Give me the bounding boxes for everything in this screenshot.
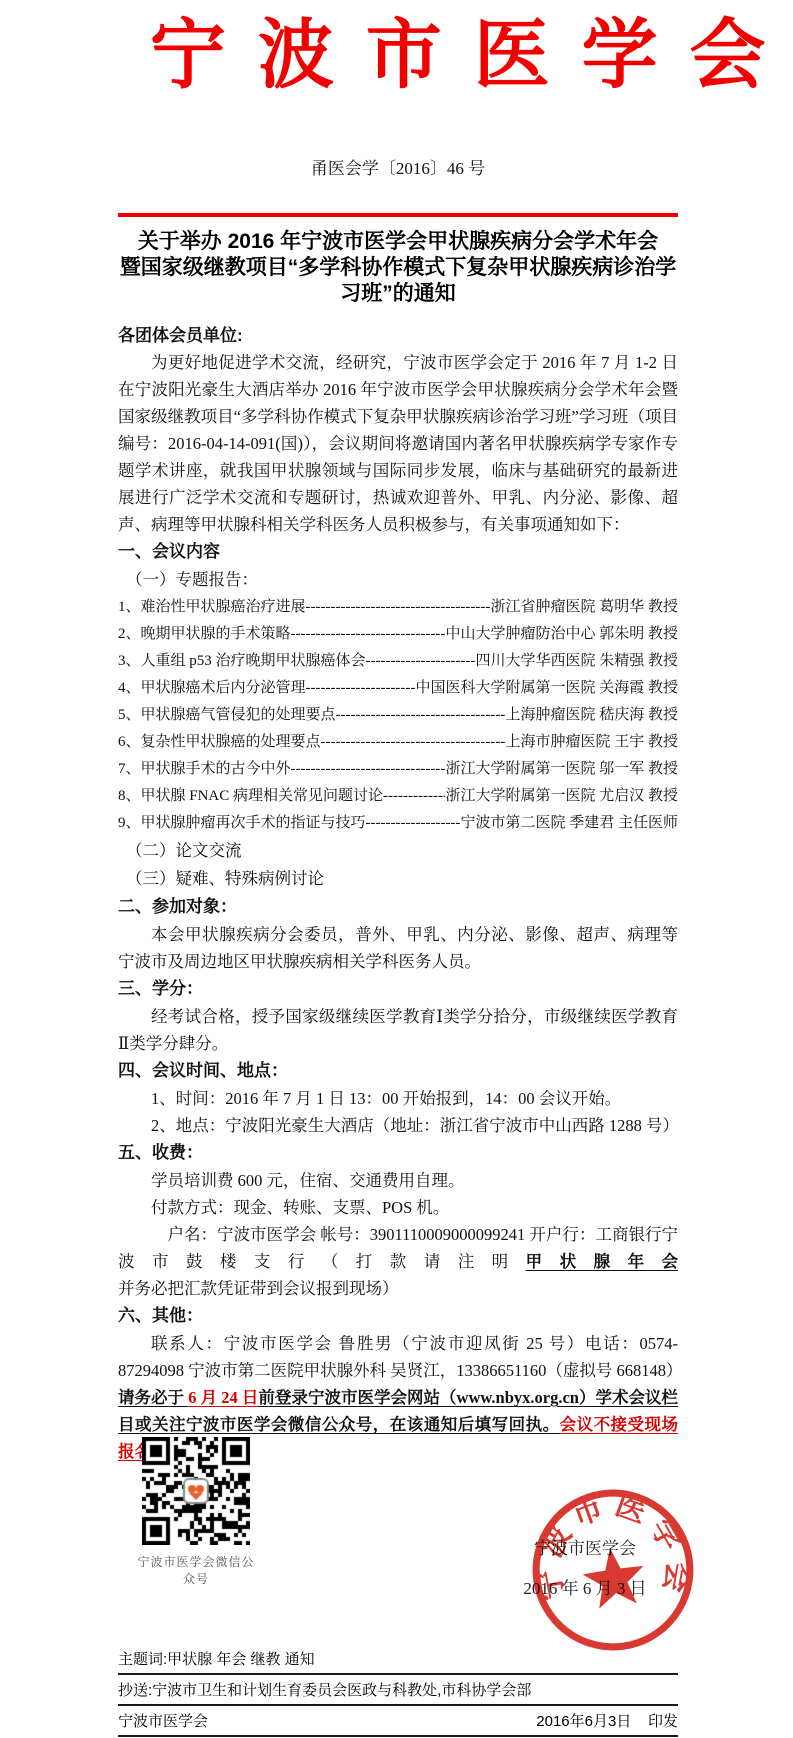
leader-dashes: ----------------------------------------… bbox=[306, 594, 491, 621]
section-6-heading: 六、其他： bbox=[118, 1302, 678, 1330]
report-topic: 9、甲状腺肿瘤再次手术的指证与技巧 bbox=[118, 810, 366, 837]
qr-caption: 宁波市医学会微信公众号 bbox=[136, 1553, 256, 1587]
footer-issuer: 宁波市医学会 bbox=[118, 1708, 208, 1735]
notice-title-line-3: 习班”的通知 bbox=[118, 281, 678, 307]
document-footer: 主题词:甲状腺 年会 继教 通知 抄送:宁波市卫生和计划生育委员会医政与科教处,… bbox=[118, 1646, 678, 1738]
report-item: 8、甲状腺 FNAC 病理相关常见问题讨论-------------------… bbox=[118, 783, 678, 810]
document-content: 宁波市医学会 甬医会学〔2016〕46 号 关于举办 2016 年宁波市医学会甲… bbox=[118, 0, 678, 1465]
leader-dashes: ----------------------------------------… bbox=[366, 648, 476, 675]
report-topic: 5、甲状腺癌气管侵犯的处理要点 bbox=[118, 702, 336, 729]
report-item: 2、晚期甲状腺的手术策略----------------------------… bbox=[118, 621, 678, 648]
section-2-body: 本会甲状腺疾病分会委员，普外、甲乳、内分泌、影像、超声、病理等宁波市及周边地区甲… bbox=[118, 921, 678, 975]
text-segment: 请务必于 bbox=[118, 1388, 188, 1407]
qr-code bbox=[142, 1437, 250, 1545]
report-item: 1、难治性甲状腺癌治疗进展---------------------------… bbox=[118, 594, 678, 621]
report-list: 1、难治性甲状腺癌治疗进展---------------------------… bbox=[118, 594, 678, 837]
org-header-title: 宁波市医学会 bbox=[118, 14, 678, 99]
section-1-sub-1: （一）专题报告： bbox=[118, 566, 678, 594]
report-topic: 3、人重组 p53 治疗晚期甲状腺癌体会 bbox=[118, 648, 366, 675]
section-1-sub-2: （二）论文交流 bbox=[118, 837, 678, 865]
leader-dashes: ----------------------------------------… bbox=[336, 702, 506, 729]
report-topic: 4、甲状腺癌术后内分泌管理 bbox=[118, 675, 306, 702]
signature-date: 2016 年 6 月 3 日 bbox=[470, 1574, 700, 1599]
section-4-item-place: 2、地点：宁波阳光豪生大酒店（地址：浙江省宁波市中山西路 1288 号） bbox=[118, 1112, 678, 1139]
section-5-heading: 五、收费： bbox=[118, 1139, 678, 1167]
section-4-item-time: 1、时间：2016 年 7 月 1 日 13：00 开始报到，14：00 会议开… bbox=[118, 1085, 678, 1112]
section-1-heading: 一、会议内容 bbox=[118, 538, 678, 566]
report-topic: 6、复杂性甲状腺癌的处理要点 bbox=[118, 729, 321, 756]
text-segment: 并务必把汇款凭证带到会议报到现场） bbox=[118, 1279, 399, 1298]
official-seal: 宁波市医学会 bbox=[527, 1484, 699, 1656]
footer-cc: 抄送:宁波市卫生和计划生育委员会医政与科教处,市科协学会部 bbox=[118, 1677, 531, 1704]
qr-block: 宁波市医学会微信公众号 bbox=[142, 1437, 252, 1587]
leader-dashes: ----------------------------------------… bbox=[366, 810, 461, 837]
report-item: 5、甲状腺癌气管侵犯的处理要点-------------------------… bbox=[118, 702, 678, 729]
footer-keywords-row: 主题词:甲状腺 年会 继教 通知 bbox=[118, 1646, 678, 1675]
report-item: 7、甲状腺手术的古今中外----------------------------… bbox=[118, 756, 678, 783]
leader-dashes: ----------------------------------------… bbox=[321, 729, 506, 756]
report-topic: 2、晚期甲状腺的手术策略 bbox=[118, 621, 291, 648]
footer-issue-row: 宁波市医学会 2016年6月3日 印发 bbox=[118, 1708, 678, 1737]
section-1-sub-3: （三）疑难、特殊病例讨论 bbox=[118, 865, 678, 893]
intro-paragraph: 为更好地促进学术交流，经研究，宁波市医学会定于 2016 年 7 月 1-2 日… bbox=[118, 349, 678, 538]
document-page: 宁波市医学会 甬医会学〔2016〕46 号 关于举办 2016 年宁波市医学会甲… bbox=[0, 0, 793, 1738]
report-topic: 1、难治性甲状腺癌治疗进展 bbox=[118, 594, 306, 621]
signature-org: 宁波市医学会 bbox=[470, 1534, 700, 1559]
seal-ring bbox=[527, 1484, 699, 1656]
doc-number: 甬医会学〔2016〕46 号 bbox=[118, 157, 678, 181]
notice-title-line-1: 关于举办 2016 年宁波市医学会甲状腺疾病分会学术年会 bbox=[118, 229, 678, 255]
report-item: 3、人重组 p53 治疗晚期甲状腺癌体会--------------------… bbox=[118, 648, 678, 675]
report-item: 9、甲状腺肿瘤再次手术的指证与技巧-----------------------… bbox=[118, 810, 678, 837]
footer-cc-row: 抄送:宁波市卫生和计划生育委员会医政与科教处,市科协学会部 bbox=[118, 1677, 678, 1706]
report-speaker: 上海市肿瘤医院 王宇 教授 bbox=[505, 729, 678, 756]
section-3-heading: 三、学分： bbox=[118, 975, 678, 1003]
notice-title-line-2: 暨国家级继教项目“多学科协作模式下复杂甲状腺疾病诊治学 bbox=[118, 255, 678, 281]
section-2-heading: 二、参加对象： bbox=[118, 893, 678, 921]
section-3-body: 经考试合格，授予国家级继续医学教育Ⅰ类学分拾分，市级继续医学教育Ⅱ类学分肆分。 bbox=[118, 1003, 678, 1057]
report-speaker: 浙江大学附属第一医院 尤启汉 教授 bbox=[445, 783, 678, 810]
leader-dashes: ----------------------------------------… bbox=[291, 756, 446, 783]
leader-dashes: ----------------------------------------… bbox=[383, 783, 445, 810]
report-speaker: 中山大学肿瘤防治中心 郭朱明 教授 bbox=[445, 621, 678, 648]
salutation: 各团体会员单位: bbox=[118, 322, 678, 349]
report-item: 6、复杂性甲状腺癌的处理要点--------------------------… bbox=[118, 729, 678, 756]
report-speaker: 中国医科大学附属第一医院 关海霞 教授 bbox=[415, 675, 678, 702]
report-speaker: 上海肿瘤医院 嵇庆海 教授 bbox=[505, 702, 678, 729]
footer-keywords: 主题词:甲状腺 年会 继教 通知 bbox=[118, 1646, 315, 1673]
text-segment: 甲状腺年会 bbox=[526, 1252, 678, 1271]
section-4-heading: 四、会议时间、地点： bbox=[118, 1057, 678, 1085]
section-5-payment: 付款方式：现金、转账、支票、POS 机。 bbox=[118, 1194, 678, 1221]
leader-dashes: ----------------------------------------… bbox=[306, 675, 416, 702]
report-topic: 7、甲状腺手术的古今中外 bbox=[118, 756, 291, 783]
leader-dashes: ----------------------------------------… bbox=[291, 621, 446, 648]
report-item: 4、甲状腺癌术后内分泌管理---------------------------… bbox=[118, 675, 678, 702]
section-5-account: 户名：宁波市医学会 帐号：3901110009000099241 开户行：工商银… bbox=[118, 1221, 678, 1302]
report-speaker: 浙江大学附属第一医院 邬一军 教授 bbox=[445, 756, 678, 783]
text-segment: 6 月 24 日 bbox=[188, 1388, 258, 1407]
footer-issue-date: 2016年6月3日 印发 bbox=[536, 1708, 678, 1735]
report-topic: 8、甲状腺 FNAC 病理相关常见问题讨论 bbox=[118, 783, 383, 810]
section-5-fee: 学员培训费 600 元，住宿、交通费用自理。 bbox=[118, 1167, 678, 1194]
report-speaker: 宁波市第二医院 季建君 主任医师 bbox=[460, 810, 678, 837]
report-speaker: 浙江省肿瘤医院 葛明华 教授 bbox=[490, 594, 678, 621]
red-divider bbox=[118, 213, 678, 217]
text-segment: 联系人：宁波市医学会 鲁胜男（宁波市迎凤街 25 号）电话：0574-87294… bbox=[118, 1334, 683, 1380]
report-speaker: 四川大学华西医院 朱精强 教授 bbox=[475, 648, 678, 675]
notice-title: 关于举办 2016 年宁波市医学会甲状腺疾病分会学术年会 暨国家级继教项目“多学… bbox=[118, 229, 678, 307]
